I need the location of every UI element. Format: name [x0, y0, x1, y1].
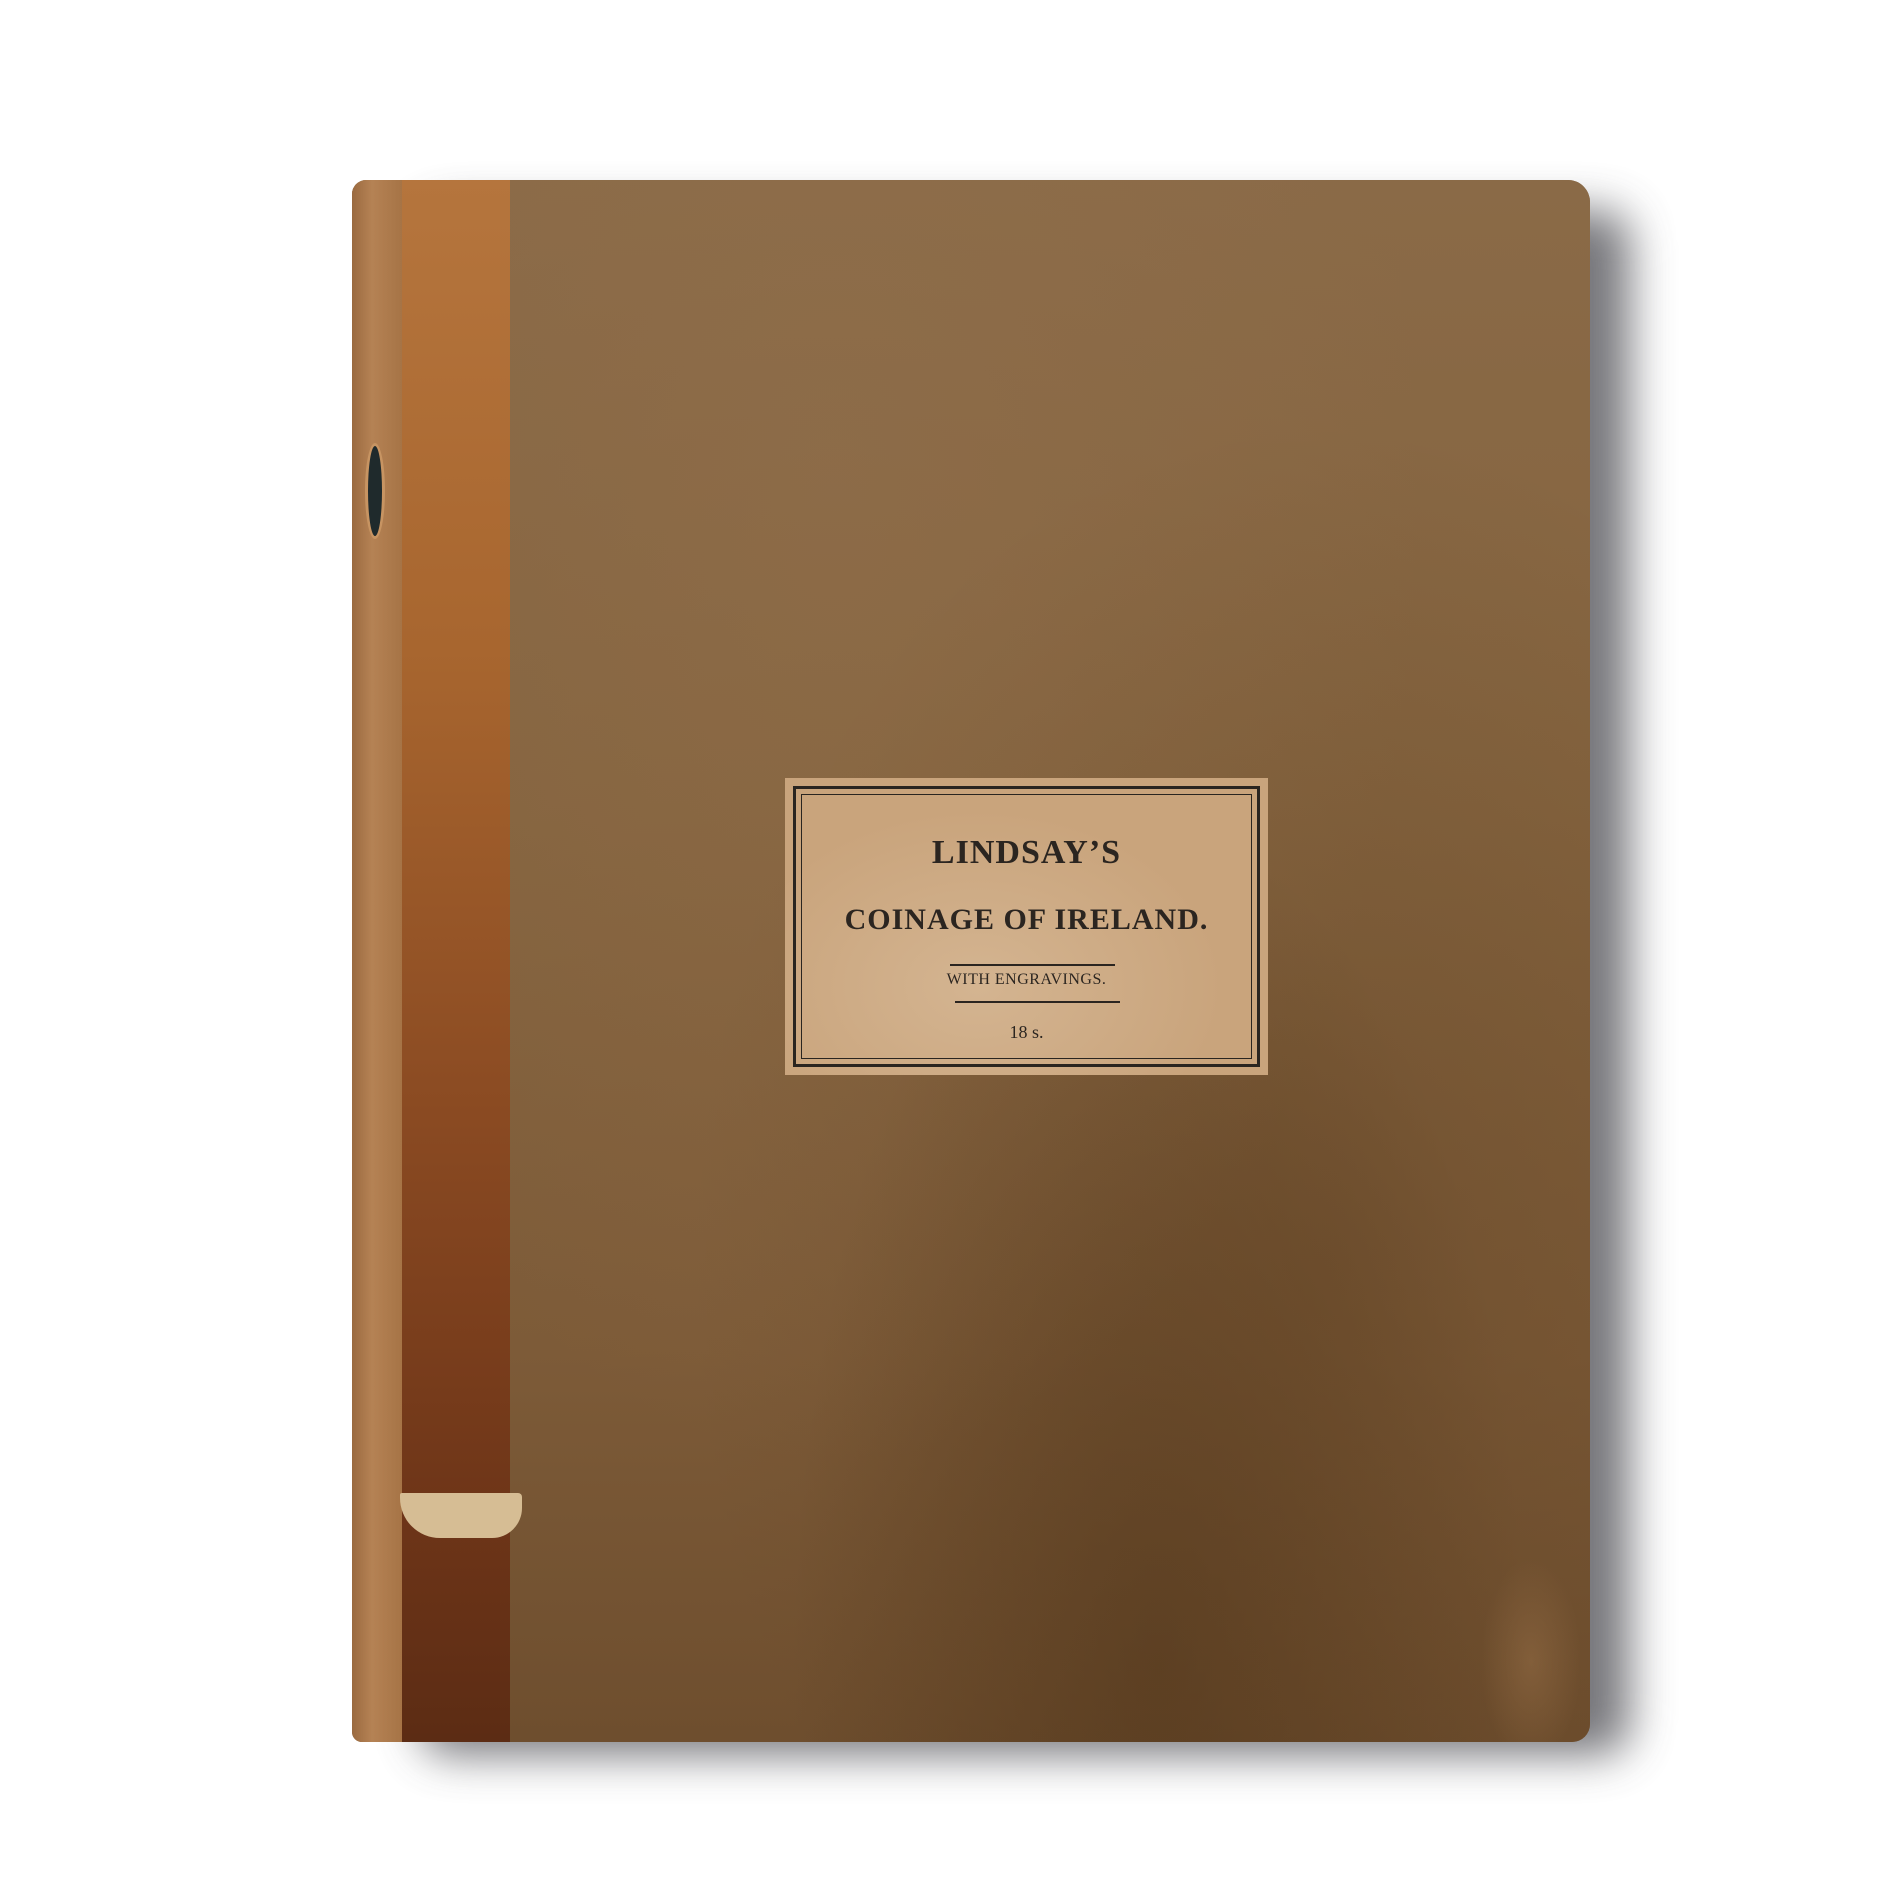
label-rule-top: [950, 964, 1115, 966]
spine-tear: [365, 443, 385, 539]
label-subtitle: COINAGE OF IRELAND.: [785, 903, 1268, 937]
label-note: WITH ENGRAVINGS.: [785, 971, 1268, 989]
cover-label: LINDSAY’S COINAGE OF IRELAND. WITH ENGRA…: [785, 778, 1268, 1075]
label-price: 18 s.: [785, 1022, 1268, 1043]
spine-paper-patch: [400, 1493, 522, 1538]
spine-cloth-edge: [352, 180, 402, 1742]
cover-wear-damage: [1472, 1540, 1590, 1742]
label-title: LINDSAY’S: [785, 834, 1268, 872]
label-rule-bottom: [955, 1001, 1120, 1003]
